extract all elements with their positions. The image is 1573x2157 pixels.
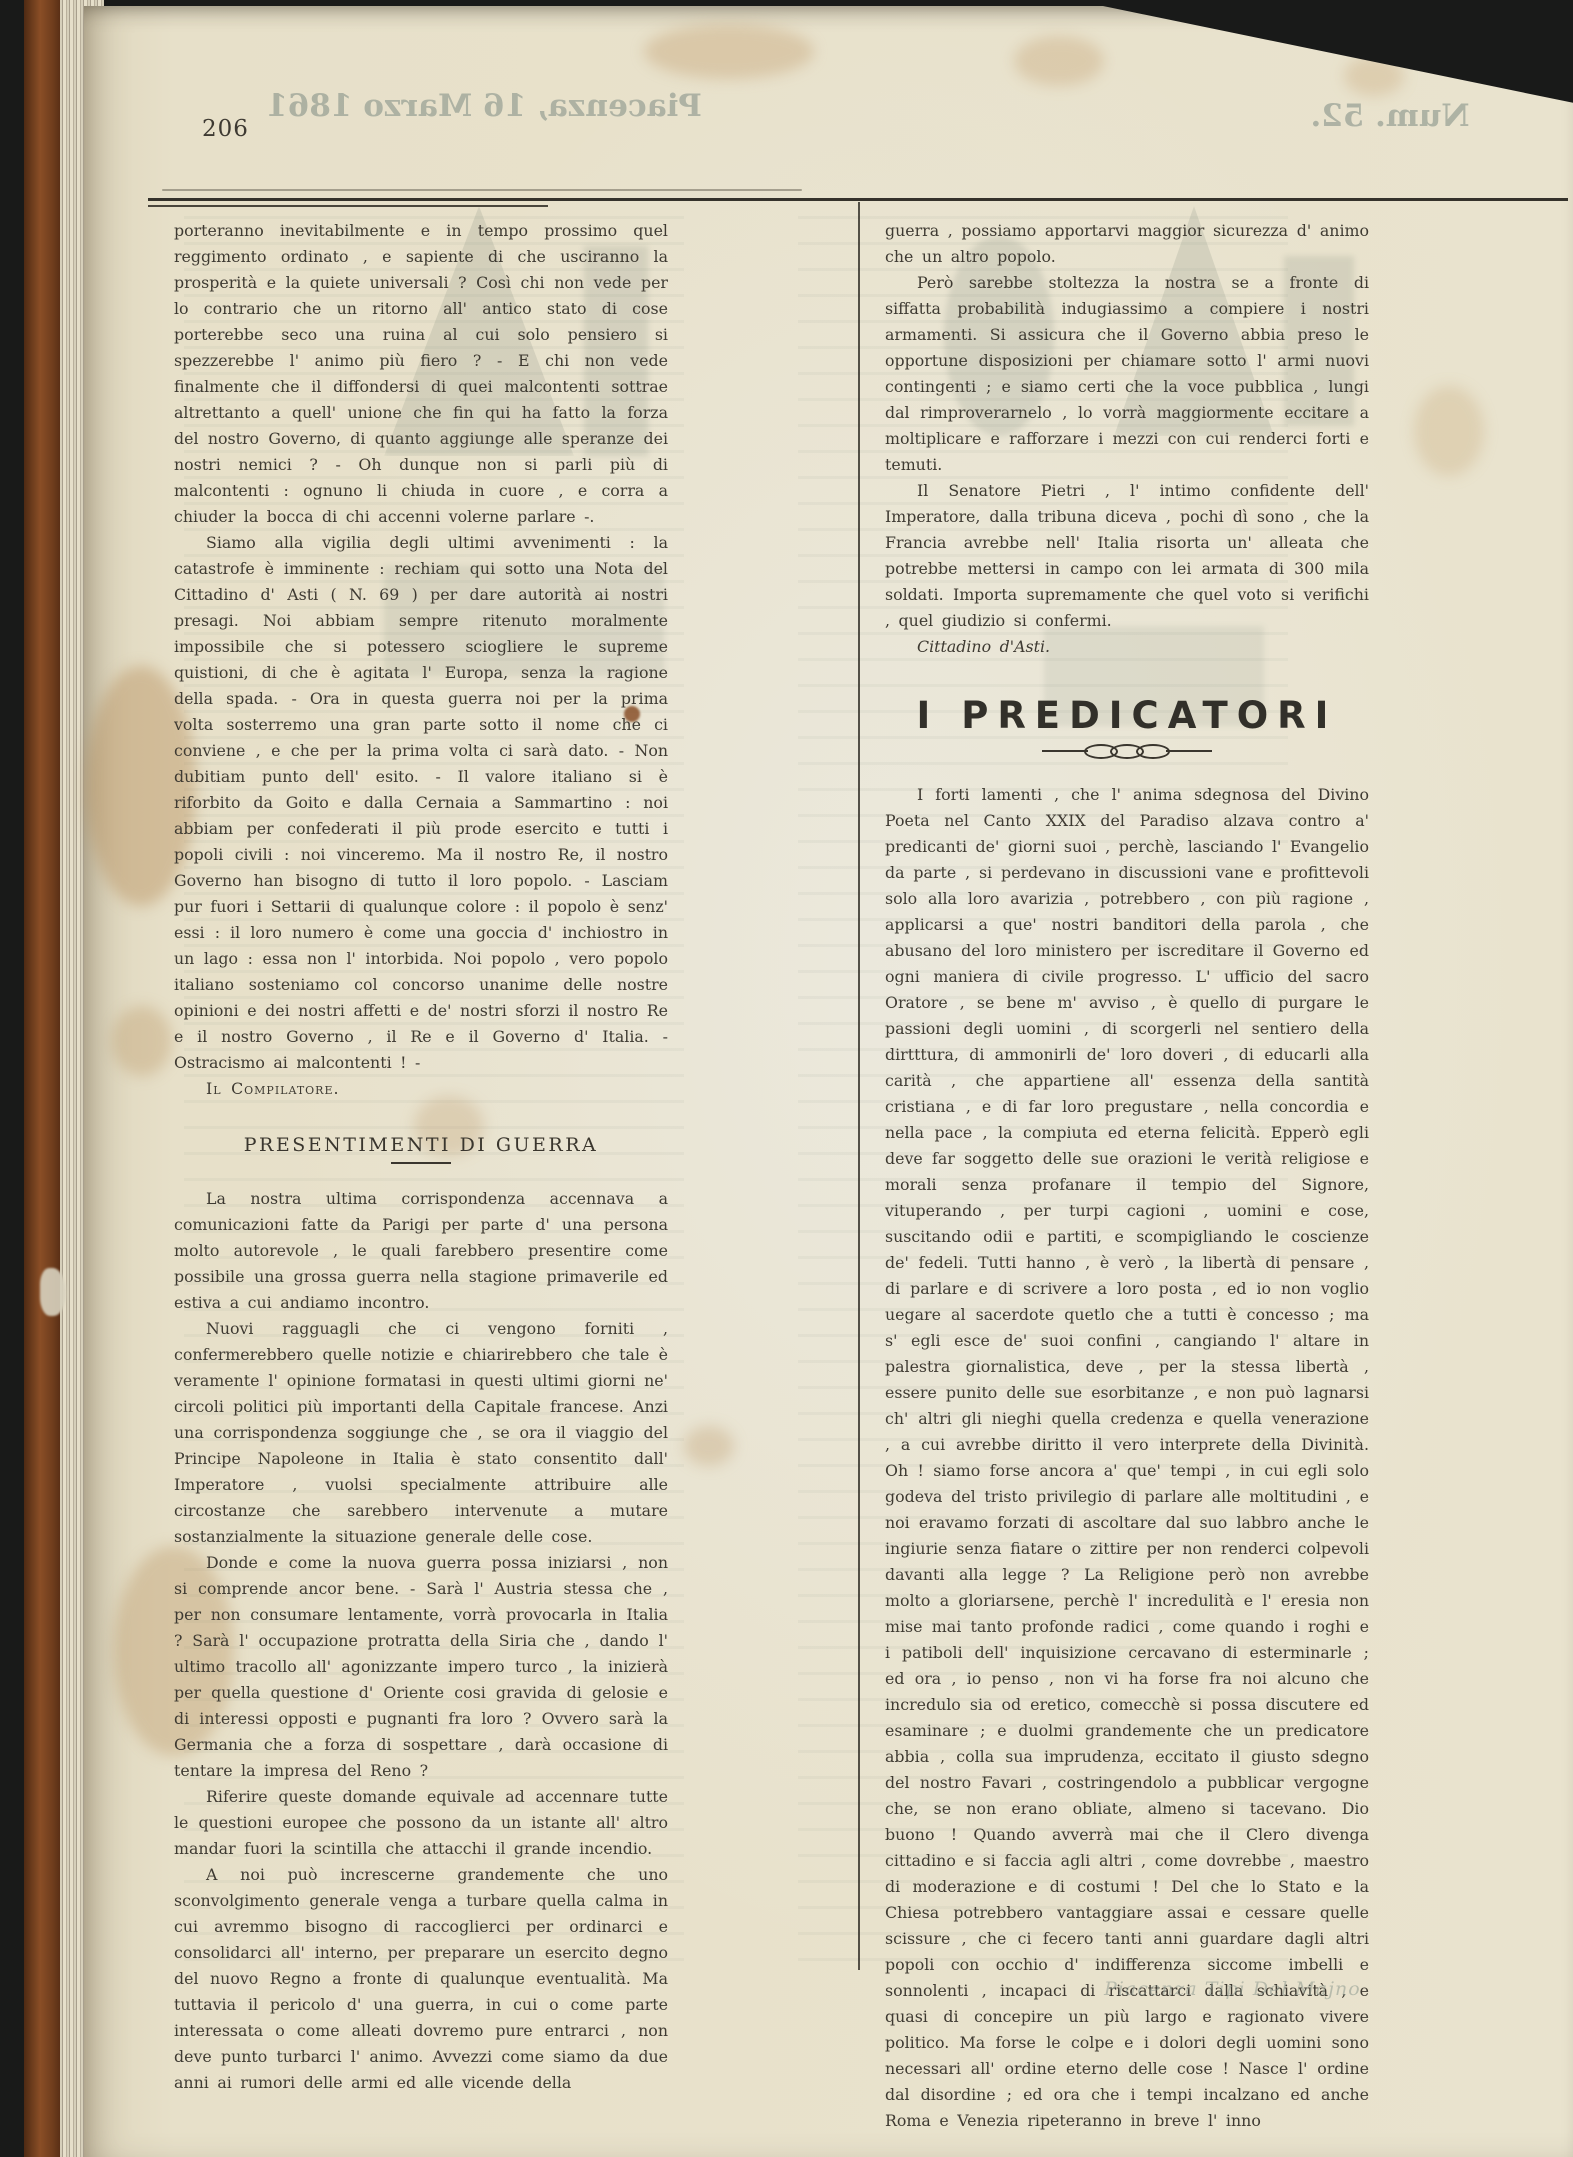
scanned-newspaper-page: { "header": { "page_number": "206", "ble… [0,0,1573,2157]
left-paragraph: Riferire queste domande equivale ad acce… [174,1784,668,1862]
stain [644,24,814,79]
right-paragraph: Il Senatore Pietri , l' intimo confident… [885,478,1369,634]
left-paragraph: Nuovi ragguagli che ci vengono forniti ,… [174,1316,668,1550]
page-number: 206 [202,116,249,142]
stain [684,1426,734,1466]
bleedthrough-dateline: Piacenza, 16 Marzo 1861 [194,88,774,124]
bleedthrough-printer-imprint: Piacenza Tipi Del Majno [1104,1978,1361,2000]
section-title-presentimenti: PRESENTIMENTI DI GUERRA [174,1132,668,1158]
header-rule-sub [148,205,548,207]
bleedthrough-dateline-text: Piacenza, 16 Marzo 1861 [266,88,702,124]
left-paragraph: Donde e come la nuova guerra possa inizi… [174,1550,668,1784]
right-paragraph: guerra , possiamo apportarvi maggior sic… [885,218,1369,270]
left-paragraph: La nostra ultima corrispondenza accennav… [174,1186,668,1316]
header-rule-light [162,189,802,191]
stain [1414,386,1484,476]
left-paragraph: porteranno inevitabilmente e in tempo pr… [174,218,668,530]
left-column: porteranno inevitabilmente e in tempo pr… [174,218,668,2096]
section-title-predicatori: I PREDICATORI [885,694,1369,738]
column-divider [858,202,860,1970]
bleedthrough-issue-text: Num. 52. [1310,98,1469,134]
right-paragraph: Però sarebbe stoltezza la nostra se a fr… [885,270,1369,478]
correspondent-signature: Cittadino d'Asti. [885,634,1369,660]
bleedthrough-issue-number: Num. 52. [1280,98,1500,134]
compiler-signature: Il Compilatore. [174,1076,668,1102]
right-paragraph: I forti lamenti , che l' anima sdegnosa … [885,782,1369,2134]
right-column: guerra , possiamo apportarvi maggior sic… [885,218,1369,2134]
torn-paper-chip [40,1268,66,1316]
book-cover-edge [24,0,60,2157]
header-rule-heavy [148,198,1568,201]
chain-ornament-icon [1042,744,1212,758]
newspaper-page: Piacenza, 16 Marzo 1861 Num. 52. 206 por… [84,6,1573,2157]
section-rule-icon [391,1162,451,1164]
stain [1014,36,1104,86]
left-paragraph: A noi può increscerne grandemente che un… [174,1862,668,2096]
left-paragraph: Siamo alla vigilia degli ultimi avvenime… [174,530,668,1076]
stain [112,1006,172,1076]
